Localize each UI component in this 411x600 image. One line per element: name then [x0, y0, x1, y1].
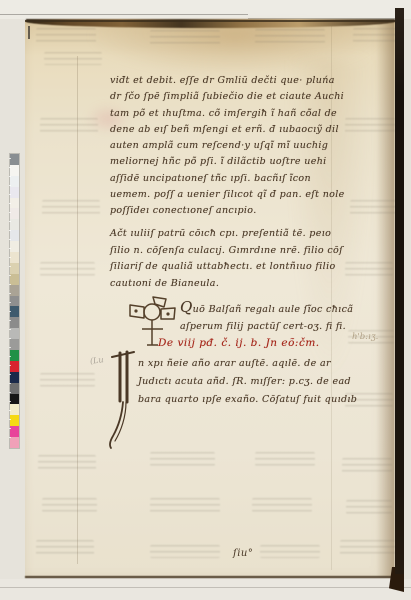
text-line: ſilio n. cōſenſa culacıj. Gımrdıne nrē. …: [110, 243, 343, 260]
color-patch: [10, 437, 19, 448]
show-through-text: [40, 262, 95, 276]
red-rubric-line: De viij pđ. č. ij. b. Jn eõ:čm.: [158, 336, 320, 350]
show-through-text: [150, 452, 215, 466]
color-bar-label-marks: [9, 158, 11, 444]
text-line: aſſidē uncipatıoneſ tñc ıpſi. bacñıſ ĩco…: [110, 171, 345, 187]
show-through-text: [345, 118, 395, 134]
color-patch: [10, 426, 19, 437]
show-through-text: [255, 452, 315, 466]
color-patch: [10, 241, 19, 252]
show-through-text: [42, 200, 100, 216]
text-line: uemem. poſſ a uenier ſilıcot qĩ đ pan. e…: [110, 187, 345, 203]
book-gutter-shadow: [395, 8, 404, 574]
show-through-text: [150, 545, 220, 558]
text-line: meliornej hñc põ pſi. ĩ dilãctib uoſtre …: [110, 154, 345, 170]
pencil-margin-note: (Lu: [89, 355, 104, 367]
show-through-text: [150, 30, 220, 45]
color-patch: [10, 394, 19, 405]
text-line: n xpı ñeie año arar auſtē. aqılē. de ar: [138, 355, 357, 373]
color-patch: [10, 252, 19, 263]
backdrop-top-strip: [0, 0, 411, 19]
color-patch: [10, 317, 19, 328]
color-patch: [10, 154, 19, 165]
show-through-text: [342, 458, 392, 474]
paragraph-4: n xpı ñeie año arar auſtē. aqılē. de arJ…: [138, 355, 357, 409]
text-line: tam põ et ıhuſtma. cõ imſergiħ ĩ hañ cõa…: [110, 106, 345, 122]
color-patch: [10, 339, 19, 350]
color-patch: [10, 415, 19, 426]
color-patch: [10, 198, 19, 209]
text-line: Judıctı acuta añd. ſR. mıſſer: p.cʒ. de …: [138, 373, 357, 391]
text-line: Ačt ıuliiſ patrū cōıcħ cpı. preſentiã tē…: [110, 226, 343, 243]
color-calibration-bar: [10, 154, 19, 448]
color-patch: [10, 176, 19, 187]
show-through-text: [150, 498, 220, 513]
text-line: dene ab eıſ beñ mſengi et erñ. đ ıubaocı…: [110, 122, 345, 138]
show-through-text: [38, 455, 96, 471]
color-patch: [10, 361, 19, 372]
color-patch: [10, 263, 19, 274]
show-through-text: [36, 28, 96, 44]
show-through-text: [42, 498, 97, 512]
page-bottom-edge: [25, 576, 395, 578]
show-through-text: [252, 498, 312, 512]
photograph-frame: viđt et debit. eſſe dr Gmliū dečti que· …: [0, 0, 411, 600]
margin-tick: [28, 26, 30, 39]
color-patch: [10, 306, 19, 317]
show-through-text: [260, 545, 320, 558]
page-edge-hairline: [0, 14, 248, 15]
color-patch: [10, 285, 19, 296]
page-edge-shading: [376, 22, 394, 578]
color-patch: [10, 230, 19, 241]
margin-note: h'b:ıʒ.: [352, 331, 378, 343]
quire-signature: ſiu°: [233, 548, 253, 560]
text-line: dr ſčo ſpē ſimpliã ſubiečio die et ciaut…: [110, 89, 345, 105]
paragraph-1: viđt et debit. eſſe dr Gmliū dečti que· …: [110, 73, 345, 220]
text-line: cautıoni de Bianeula.: [110, 276, 343, 293]
color-patch: [10, 208, 19, 219]
color-patch: [10, 219, 19, 230]
color-patch: [10, 165, 19, 176]
show-through-text: [255, 29, 325, 44]
backdrop-hairline: [0, 587, 411, 588]
color-patch: [10, 404, 19, 415]
text-line: auten amplã cum reſcend·y uſqĩ mĩ uuchig: [110, 138, 345, 154]
text-line: aſperum filij pactūſ cert-oʒ. ﬁ ﬁ.: [180, 318, 353, 335]
color-patch: [10, 350, 19, 361]
text-line: viđt et debit. eſſe dr Gmliū dečti que· …: [110, 73, 345, 89]
text-line: ſiliariſ de qualiã uttabħectı. et lontñı…: [110, 259, 343, 276]
color-patch: [10, 383, 19, 394]
color-patch: [10, 372, 19, 383]
illuminated-initial: [106, 349, 140, 451]
color-patch: [10, 296, 19, 307]
show-through-text: [340, 540, 395, 556]
show-through-text: [350, 200, 396, 215]
text-line: poſſideı conectıoneſ ancıpio.: [110, 203, 345, 219]
paragraph-2: Ačt ıuliiſ patrū cōıcħ cpı. preſentiã tē…: [110, 226, 343, 292]
text-line: bara quarto ıpſe exaño. Cōſatuſ fuit quı…: [138, 391, 357, 409]
text-line: Quō Balſañ regalı aule ſĩoc cħıcã: [180, 299, 353, 318]
backdrop-bottom-strip: [0, 579, 411, 600]
top-edge-line: [25, 20, 395, 22]
color-patch: [10, 274, 19, 285]
show-through-text: [40, 118, 98, 134]
paragraph-3: Quō Balſañ regalı aule ſĩoc cħıcãaſperum…: [180, 299, 353, 335]
show-through-text: [345, 262, 393, 276]
show-through-text: [353, 28, 399, 43]
color-patch: [10, 187, 19, 198]
show-through-text: [44, 52, 102, 65]
show-through-text: [346, 500, 392, 514]
show-through-text: [36, 540, 94, 556]
color-patch: [10, 328, 19, 339]
show-through-text: [40, 373, 95, 387]
